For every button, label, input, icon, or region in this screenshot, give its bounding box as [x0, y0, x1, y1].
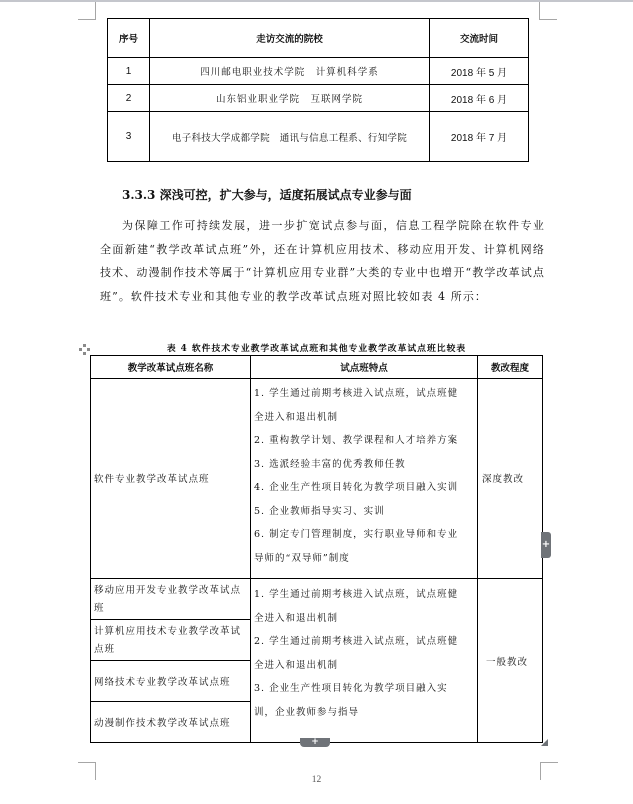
- cell-date[interactable]: 2018 年 6 月: [430, 85, 529, 112]
- cell-class-name[interactable]: 软件专业教学改革试点班: [91, 379, 251, 579]
- table-row: 移动应用开发专业教学改革试点班 1. 学生通过前期考核进入试点班，试点班健 全进…: [91, 579, 543, 620]
- visit-table-header: 序号 走访交流的院校 交流时间: [108, 19, 529, 58]
- feature-line: 1. 学生通过前期考核进入试点班，试点班健: [254, 382, 477, 406]
- add-row-button[interactable]: +: [300, 738, 330, 747]
- feature-line: 1. 学生通过前期考核进入试点班，试点班健: [254, 583, 477, 607]
- cell-school[interactable]: 四川邮电职业技术学院 计算机科学系: [150, 58, 430, 85]
- feature-line: 训，企业教师参与指导: [254, 701, 477, 725]
- cell-date[interactable]: 2018 年 7 月: [430, 112, 529, 162]
- cell-class-name[interactable]: 移动应用开发专业教学改革试点班: [91, 579, 251, 620]
- table-resize-handle-icon[interactable]: [541, 739, 548, 746]
- header-cell-date[interactable]: 交流时间: [430, 19, 529, 58]
- compare-table-header: 教学改革试点班名称 试点班特点 教改程度: [91, 356, 543, 379]
- table-caption: 表 4 软件技术专业教学改革试点班和其他专业教学改革试点班比较表: [0, 341, 633, 354]
- feature-line: 全进入和退出机制: [254, 654, 477, 678]
- cell-class-name[interactable]: 网络技术专业教学改革试点班: [91, 661, 251, 702]
- feature-line: 导师的“双导师”制度: [254, 547, 477, 571]
- cell-school[interactable]: 山东铝业职业学院 互联网学院: [150, 85, 430, 112]
- cell-features[interactable]: 1. 学生通过前期考核进入试点班，试点班健 全进入和退出机制 2. 学生通过前期…: [251, 579, 478, 743]
- feature-line: 3. 企业生产性项目转化为教学项目融入实: [254, 677, 477, 701]
- body-paragraph[interactable]: 为保障工作可持续发展，进一步扩宽试点参与面，信息工程学院除在软件专业全面新建“教…: [100, 214, 545, 308]
- cell-degree[interactable]: 深度教改: [478, 379, 543, 579]
- section-heading: 3.3.3 深浅可控，扩大参与，适度拓展试点专业参与面: [122, 186, 412, 203]
- feature-line: 4. 企业生产性项目转化为教学项目融入实训: [254, 476, 477, 500]
- page-number: 12: [0, 775, 633, 785]
- header-cell-name[interactable]: 教学改革试点班名称: [91, 356, 251, 379]
- feature-line: 6. 制定专门管理制度，实行职业导师和专业: [254, 523, 477, 547]
- cell-no[interactable]: 3: [108, 112, 150, 162]
- header-cell-features[interactable]: 试点班特点: [251, 356, 478, 379]
- feature-line: 全进入和退出机制: [254, 607, 477, 631]
- margin-corner-top-right: [539, 2, 557, 20]
- add-column-button[interactable]: +: [541, 532, 551, 558]
- cell-class-name[interactable]: 动漫制作技术教学改革试点班: [91, 702, 251, 743]
- cell-degree[interactable]: 一般教改: [478, 579, 543, 743]
- cell-class-name[interactable]: 计算机应用技术专业教学改革试点班: [91, 620, 251, 661]
- table-row: 软件专业教学改革试点班 1. 学生通过前期考核进入试点班，试点班健 全进入和退出…: [91, 379, 543, 579]
- feature-line: 2. 学生通过前期考核进入试点班，试点班健: [254, 630, 477, 654]
- feature-line: 全进入和退出机制: [254, 406, 477, 430]
- header-cell-degree[interactable]: 教改程度: [478, 356, 543, 379]
- margin-corner-top-left: [78, 2, 96, 20]
- cell-date[interactable]: 2018 年 5 月: [430, 58, 529, 85]
- cell-no[interactable]: 2: [108, 85, 150, 112]
- feature-line: 3. 选派经验丰富的优秀教师任教: [254, 453, 477, 477]
- header-cell-no[interactable]: 序号: [108, 19, 150, 58]
- table-row: 2 山东铝业职业学院 互联网学院 2018 年 6 月: [108, 85, 529, 112]
- compare-table: 教学改革试点班名称 试点班特点 教改程度 软件专业教学改革试点班 1. 学生通过…: [90, 355, 543, 743]
- table-row: 3 电子科技大学成都学院 通讯与信息工程系、行知学院 2018 年 7 月: [108, 112, 529, 162]
- header-cell-school[interactable]: 走访交流的院校: [150, 19, 430, 58]
- table-row: 1 四川邮电职业技术学院 计算机科学系 2018 年 5 月: [108, 58, 529, 85]
- table-move-handle-icon[interactable]: [79, 344, 90, 355]
- visit-table: 序号 走访交流的院校 交流时间 1 四川邮电职业技术学院 计算机科学系 2018…: [107, 18, 529, 162]
- feature-line: 5. 企业教师指导实习、实训: [254, 500, 477, 524]
- cell-school[interactable]: 电子科技大学成都学院 通讯与信息工程系、行知学院: [150, 112, 430, 162]
- cell-features[interactable]: 1. 学生通过前期考核进入试点班，试点班健 全进入和退出机制 2. 重构教学计划…: [251, 379, 478, 579]
- cell-no[interactable]: 1: [108, 58, 150, 85]
- feature-line: 2. 重构教学计划、教学课程和人才培养方案: [254, 429, 477, 453]
